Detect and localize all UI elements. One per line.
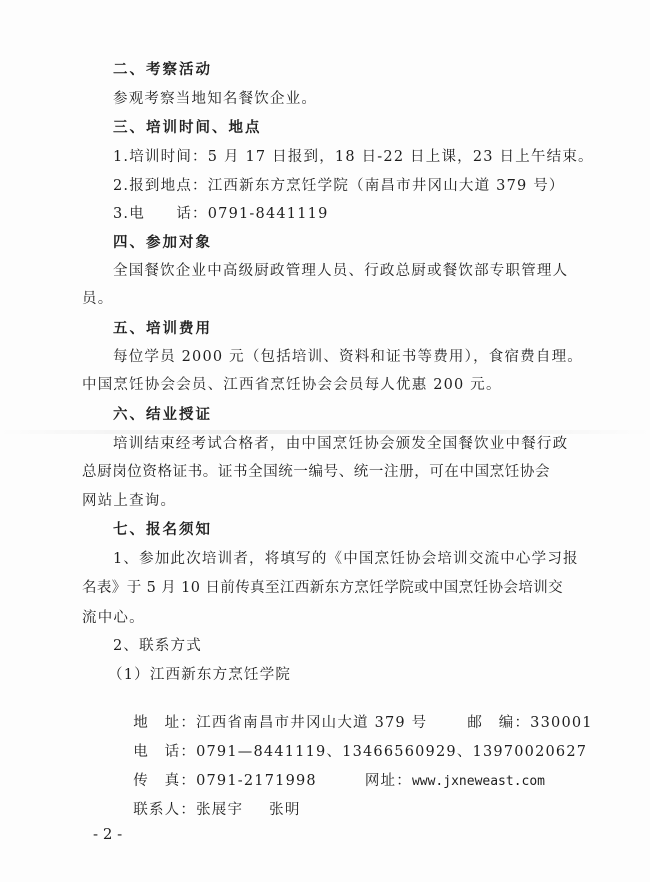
contacts-label: 联系人： xyxy=(133,802,196,818)
registration-notice-line-1: 1、参加此次培训者，将填写的《中国烹饪协会培训交流中心学习报 xyxy=(113,550,579,568)
contact-person-1: 张展宇 xyxy=(196,802,243,818)
registration-place: 2.报到地点：江西新东方烹饪学院（南昌市井冈山大道 379 号） xyxy=(113,177,565,195)
contact-methods-heading: 2、联系方式 xyxy=(113,637,202,655)
registration-phone: 3.电 话：0791-8441119 xyxy=(113,205,329,223)
fees-line-2: 中国烹饪协会会员、江西省烹饪协会会员每人优惠 200 元。 xyxy=(82,376,502,394)
section-heading-activities: 二、考察活动 xyxy=(113,61,212,79)
section-heading-fees: 五、培训费用 xyxy=(113,320,212,338)
page-number: - 2 - xyxy=(93,825,122,843)
document-page: 二、考察活动 参观考察当地知名餐饮企业。 三、培训时间、地点 1.培训时间：5 … xyxy=(0,0,650,882)
contact-person-row: 联系人：张展宇张明 xyxy=(110,783,301,837)
fees-line-1: 每位学员 2000 元（包括培训、资料和证书等费用），食宿费自理。 xyxy=(113,348,583,366)
section-heading-registration: 七、报名须知 xyxy=(113,521,212,539)
certification-line-1: 培训结束经考试合格者，由中国烹饪协会颁发全国餐饮业中餐行政 xyxy=(113,435,568,453)
website-link[interactable]: www.jxneweast.com xyxy=(412,774,545,789)
registration-notice-line-2: 名表》于 5 月 10 日前传真至江西新东方烹饪学院或中国烹饪协会培训交 xyxy=(82,579,563,597)
section-heading-time-place: 三、培训时间、地点 xyxy=(113,119,262,137)
certification-line-2: 总厨岗位资格证书。证书全国统一编号、统一注册，可在中国烹饪协会 xyxy=(82,463,550,481)
section-heading-audience: 四、参加对象 xyxy=(113,234,212,252)
contact-org-name: （1）江西新东方烹饪学院 xyxy=(108,666,291,684)
audience-line-1: 全国餐饮企业中高级厨政管理人员、行政总厨或餐饮部专职管理人 xyxy=(113,262,568,280)
section-heading-certification: 六、结业授证 xyxy=(113,406,212,424)
certification-line-3: 网站上查询。 xyxy=(82,492,176,510)
scan-artifact xyxy=(0,430,650,434)
audience-line-2: 员。 xyxy=(82,290,113,308)
registration-notice-line-3: 流中心。 xyxy=(82,609,145,627)
website-label: 网址： xyxy=(365,773,412,789)
section-body-activities: 参观考察当地知名餐饮企业。 xyxy=(113,90,317,108)
training-time: 1.培训时间：5 月 17 日报到，18 日-22 日上课，23 日上午结束。 xyxy=(113,148,594,166)
contact-person-2: 张明 xyxy=(269,802,300,818)
